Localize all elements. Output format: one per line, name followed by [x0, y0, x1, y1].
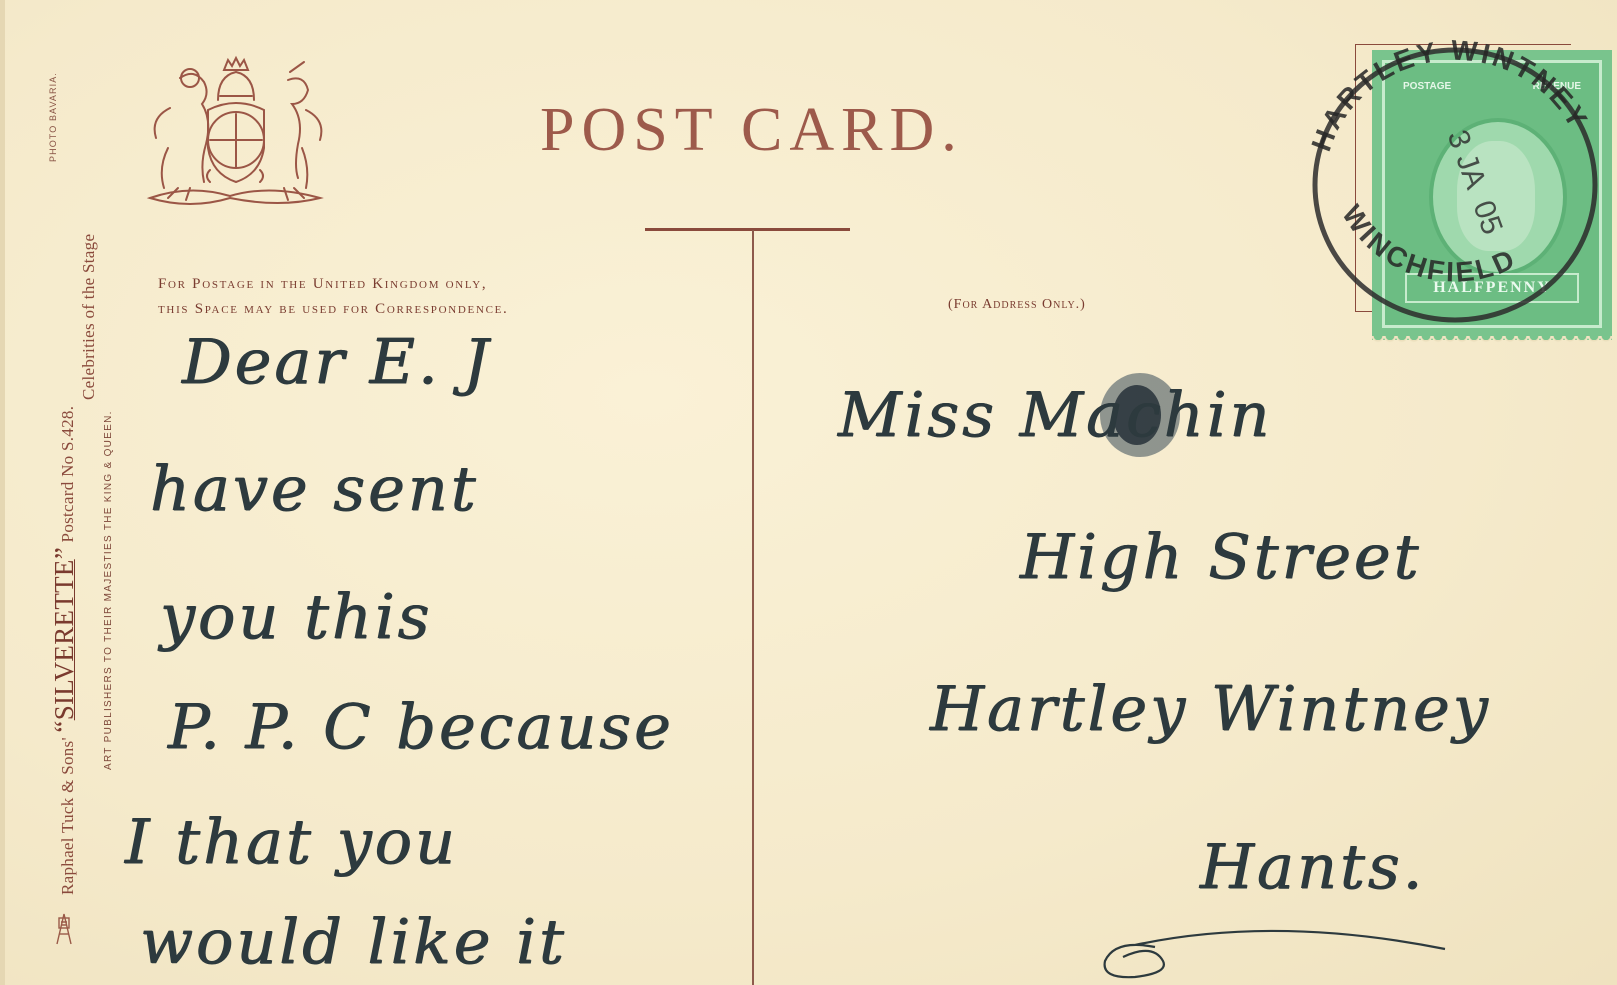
- svg-text:3: 3: [1441, 126, 1478, 153]
- svg-text:JA: JA: [1449, 149, 1492, 193]
- correspondence-instructions: For Postage in the United Kingdom only, …: [158, 272, 509, 322]
- svg-text:05: 05: [1466, 196, 1508, 239]
- postcard: Raphael Tuck & Sons' “SILVERETTE” Postca…: [0, 0, 1617, 985]
- address-line-2: High Street: [1020, 520, 1422, 593]
- message-line-3: you this: [160, 580, 432, 653]
- printed-in: PHOTO BAVARIA.: [48, 72, 58, 162]
- postmark-icon: HARTLEY WINTNEY WINCHFIELD 3 JA 05: [1295, 35, 1615, 335]
- message-line-4: P. P. C because: [168, 690, 674, 763]
- message-line-1: Dear E. J: [182, 325, 491, 398]
- message-line-5: I that you: [125, 805, 458, 878]
- series-number: No S.428.: [58, 406, 77, 477]
- postcard-title: POST CARD.: [540, 95, 964, 166]
- tuck-easel-logo-icon: [53, 910, 75, 946]
- royal-warrant: ART PUBLISHERS TO THEIR MAJESTIES THE KI…: [103, 410, 114, 770]
- address-line-1: Miss Machin: [838, 378, 1273, 451]
- message-line-6: would like it: [140, 905, 567, 978]
- underline-flourish: [1095, 925, 1455, 985]
- stamp-perforation: [1372, 336, 1612, 346]
- instructions-line-2: this Space may be used for Correspondenc…: [158, 297, 509, 322]
- series-name: Celebrities of the Stage: [79, 234, 99, 400]
- center-divider: [752, 230, 754, 985]
- address-line-3: Hartley Wintney: [930, 672, 1491, 745]
- product-label: Postcard: [58, 481, 77, 542]
- instructions-line-1: For Postage in the United Kingdom only,: [158, 272, 509, 297]
- publisher-name: Raphael Tuck & Sons': [58, 737, 77, 895]
- address-line-4: Hants.: [1200, 830, 1425, 903]
- address-label: (For Address Only.): [948, 297, 1086, 313]
- brand-name: “SILVERETTE”: [49, 547, 79, 733]
- card-edge: [0, 0, 5, 985]
- royal-coat-of-arms-icon: [140, 48, 330, 210]
- title-underline: [645, 228, 850, 231]
- message-line-2: have sent: [150, 452, 479, 525]
- publisher-imprint: Raphael Tuck & Sons' “SILVERETTE” Postca…: [49, 406, 80, 895]
